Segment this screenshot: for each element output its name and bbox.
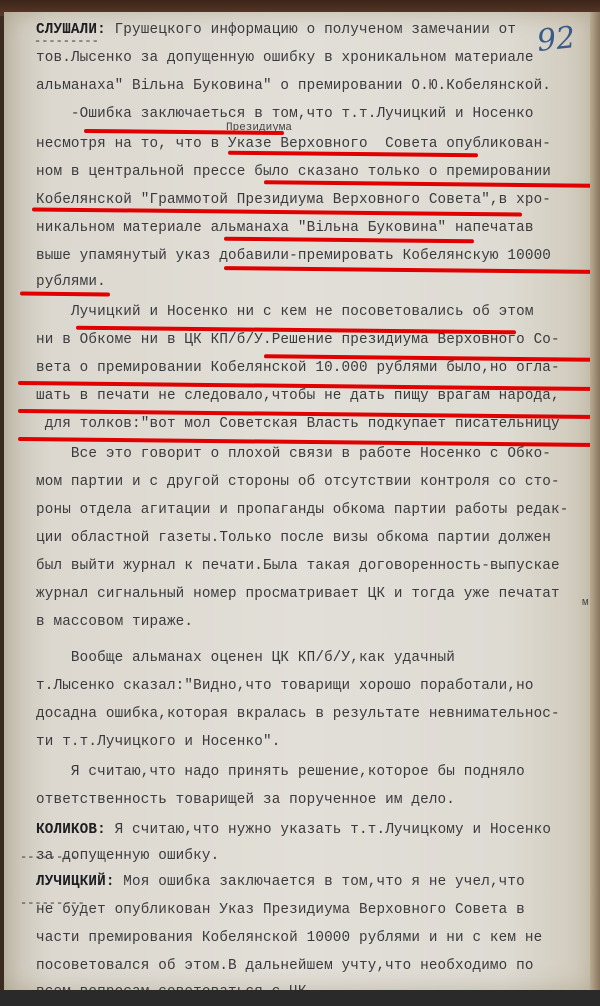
text-line: Все это говорит о плохой связи в работе … (36, 446, 551, 462)
margin-insert: м (582, 597, 589, 609)
red-highlight-underline (264, 180, 594, 187)
text-line: тов.Лысенко за допущенную ошибку в хрони… (36, 50, 534, 66)
text-line: ции областной газеты.Только после визы о… (36, 530, 551, 546)
text-line: ти т.т.Лучицкого и Носенко". (36, 734, 280, 750)
text-line: ответственность товарищей за порученное … (36, 792, 455, 808)
text-line: ни в Обкоме ни в ЦК КП/б/У.Решение прези… (36, 332, 560, 348)
text-line: выше упамянутый указ добавили-премироват… (36, 248, 551, 264)
text-line: ЛУЧИЦКИЙ: Моя ошибка заключается в том,ч… (36, 874, 525, 890)
text-line: вета о премировании Кобелянской 10.000 р… (36, 360, 560, 376)
text-line: был выйти журнал к печати.Была такая дог… (36, 558, 560, 574)
text-line: Вообще альманах оценен ЦК КП/б/У,как уда… (36, 650, 455, 666)
speaker-label: ЛУЧИЦКИЙ: (36, 874, 115, 890)
text-line: СЛУШАЛИ: Грушецкого информацию о получен… (36, 22, 516, 38)
text-line: за допущенную ошибку. (36, 848, 219, 864)
red-highlight-underline (32, 207, 522, 216)
typewritten-page: 92 Президиума м --------- -------- -----… (4, 12, 594, 992)
speaker-label: КОЛИКОВ: (36, 822, 106, 838)
text-line: досадна ошибка,которая вкралась в резуль… (36, 706, 560, 722)
text-line: рублями. (36, 274, 106, 290)
text-line: несмотря на то, что в Указе Верховного С… (36, 136, 551, 152)
text-line: т.Лысенко сказал:"Видно,что товарищи хор… (36, 678, 534, 694)
speaker-label: СЛУШАЛИ: (36, 22, 106, 38)
text-line: для толков:"вот мол Советская Власть под… (36, 416, 560, 432)
page-number: 92 (535, 20, 577, 59)
text-line: Лучицкий и Носенко ни с кем не посоветов… (36, 304, 534, 320)
red-highlight-underline (224, 266, 594, 274)
text-line: Я считаю,что надо принять решение,которо… (36, 764, 525, 780)
text-line: посоветовался об этом.В дальнейшем учту,… (36, 958, 534, 974)
text-line: никальном материале альманаха "Вільна Бу… (36, 220, 534, 236)
red-highlight-underline (84, 129, 284, 135)
text-line: мом партии и с другой стороны об отсутст… (36, 474, 560, 490)
text-line: Кобелянской "Граммотой Президиума Верхов… (36, 192, 551, 208)
text-line: не будет опубликован Указ Президиума Вер… (36, 902, 525, 918)
text-line: ном в центральной прессе было сказано то… (36, 164, 551, 180)
text-line: в массовом тираже. (36, 614, 193, 630)
page-edge (590, 12, 600, 992)
text-line: шать в печати не следовало,чтобы не дать… (36, 388, 560, 404)
text-line: части премирования Кобелянской 10000 руб… (36, 930, 542, 946)
text-line: альманаха" Вільна Буковина" о премирован… (36, 78, 551, 94)
background-bottom (0, 990, 600, 1006)
text-line: журнал сигнальный номер просматривает ЦК… (36, 586, 560, 602)
red-highlight-underline (20, 292, 110, 297)
text-line: КОЛИКОВ: Я считаю,что нужно указать т.т.… (36, 822, 551, 838)
text-line: -Ошибка заключаеться в том,что т.т.Лучиц… (36, 106, 534, 122)
red-highlight-underline (224, 237, 474, 244)
text-line: роны отдела агитации и пропаганды обкома… (36, 502, 569, 518)
